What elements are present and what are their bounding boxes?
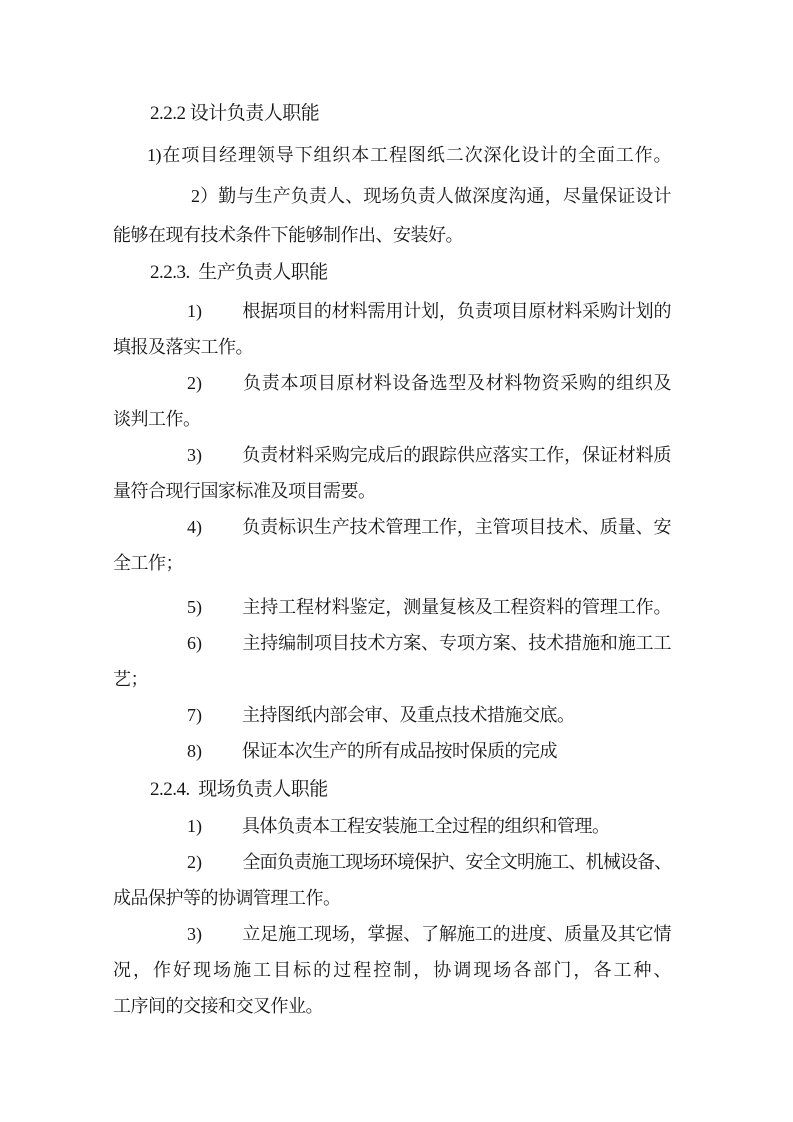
- item-text: 立足施工现场，掌握、了解施工的进度、质量及其它情: [242, 924, 671, 944]
- numbered-item: 8)保证本次生产的所有成品按时保质的完成: [113, 733, 671, 769]
- numbered-item: 6)主持编制项目技术方案、专项方案、技术措施和施工工: [113, 625, 671, 661]
- item-number: 6): [187, 625, 242, 661]
- item-number: 8): [187, 733, 242, 769]
- item-number: 1): [187, 808, 242, 844]
- item-text: 具体负责本工程安装施工全过程的组织和管理。: [242, 816, 610, 836]
- item-number: 5): [187, 589, 242, 625]
- paragraph-continuation: 工序间的交接和交叉作业。: [113, 988, 671, 1024]
- paragraph-line: 2）勤与生产负责人、现场负责人做深度沟通，尽量保证设计: [113, 178, 671, 214]
- paragraph-continuation: 况，作好现场施工目标的过程控制，协调现场各部门，各工种、: [113, 952, 671, 988]
- paragraph-continuation: 成品保护等的协调管理工作。: [113, 880, 671, 916]
- item-number: 7): [187, 697, 242, 733]
- item-text: 主持图纸内部会审、及重点技术措施交底。: [242, 705, 575, 725]
- numbered-item: 3)立足施工现场，掌握、了解施工的进度、质量及其它情: [113, 916, 671, 952]
- item-text: 负责材料采购完成后的跟踪供应落实工作，保证材料质: [242, 445, 671, 465]
- item-number: 3): [187, 916, 242, 952]
- paragraph-line: 1)在项目经理领导下组织本工程图纸二次深化设计的全面工作。: [113, 137, 671, 173]
- document-page: 2.2.2 设计负责人职能 1)在项目经理领导下组织本工程图纸二次深化设计的全面…: [0, 0, 793, 1122]
- numbered-item: 2)全面负责施工现场环境保护、安全文明施工、机械设备、: [113, 844, 671, 880]
- paragraph-continuation: 谈判工作。: [113, 401, 671, 437]
- numbered-item: 7)主持图纸内部会审、及重点技术措施交底。: [113, 697, 671, 733]
- item-text: 负责标识生产技术管理工作，主管项目技术、质量、安: [242, 517, 671, 537]
- paragraph-continuation: 填报及落实工作。: [113, 329, 671, 365]
- numbered-item: 1)根据项目的材料需用计划，负责项目原材料采购计划的: [113, 293, 671, 329]
- item-text: 保证本次生产的所有成品按时保质的完成: [242, 741, 557, 761]
- item-text: 负责本项目原材料设备选型及材料物资采购的组织及: [242, 373, 671, 393]
- item-number: 1): [187, 293, 242, 329]
- paragraph-continuation: 全工作；: [113, 545, 671, 581]
- paragraph-continuation: 能够在现有技术条件下能够制作出、安装好。: [113, 217, 671, 253]
- item-number: 4): [187, 509, 242, 545]
- section-heading-2-2-4: 2.2.4. 现场负责人职能: [113, 772, 671, 808]
- numbered-item: 2)负责本项目原材料设备选型及材料物资采购的组织及: [113, 365, 671, 401]
- numbered-item: 1)具体负责本工程安装施工全过程的组织和管理。: [113, 808, 671, 844]
- section-heading-2-2-3: 2.2.3. 生产负责人职能: [113, 255, 671, 291]
- item-text: 主持编制项目技术方案、专项方案、技术措施和施工工: [242, 633, 671, 653]
- item-number: 3): [187, 437, 242, 473]
- numbered-item: 4)负责标识生产技术管理工作，主管项目技术、质量、安: [113, 509, 671, 545]
- item-number: 2): [187, 844, 242, 880]
- item-text: 根据项目的材料需用计划，负责项目原材料采购计划的: [242, 301, 671, 321]
- item-text: 主持工程材料鉴定，测量复核及工程资料的管理工作。: [242, 597, 671, 617]
- numbered-item: 5)主持工程材料鉴定，测量复核及工程资料的管理工作。: [113, 589, 671, 625]
- numbered-item: 3)负责材料采购完成后的跟踪供应落实工作，保证材料质: [113, 437, 671, 473]
- document-body: 2.2.2 设计负责人职能 1)在项目经理领导下组织本工程图纸二次深化设计的全面…: [113, 96, 671, 1024]
- paragraph-continuation: 艺；: [113, 661, 671, 697]
- paragraph-continuation: 量符合现行国家标准及项目需要。: [113, 473, 671, 509]
- section-heading-2-2-2: 2.2.2 设计负责人职能: [113, 96, 671, 132]
- item-number: 2): [187, 365, 242, 401]
- item-text: 全面负责施工现场环境保护、安全文明施工、机械设备、: [242, 852, 671, 872]
